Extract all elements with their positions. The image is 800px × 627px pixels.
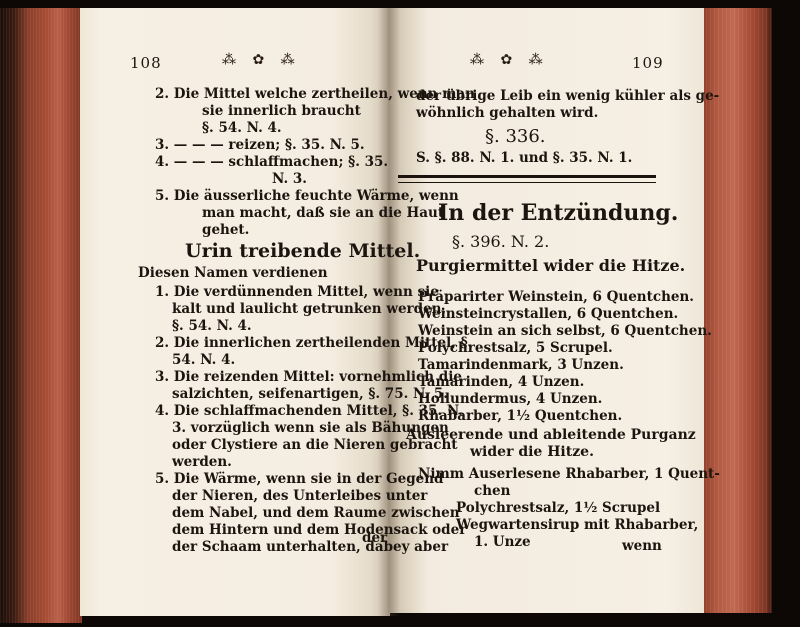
text-line: der übrige Leib ein wenig kühler als ge- <box>416 88 719 105</box>
text-line: dem Nabel, und dem Raume zwischen <box>172 505 460 522</box>
page-number-right: 109 <box>632 54 664 72</box>
subheading-2: wider die Hitze. <box>470 444 594 461</box>
page-number-left: 108 <box>130 54 162 72</box>
text-line: sie innerlich braucht <box>202 103 361 120</box>
divider-rule <box>398 175 656 183</box>
remedy-line: Weinsteincrystallen, 6 Quentchen. <box>418 306 678 323</box>
page-block-left-edge <box>0 8 82 623</box>
remedy-line: Präparirter Weinstein, 6 Quentchen. <box>418 289 694 306</box>
section-heading: Urin treibende Mittel. <box>185 240 420 262</box>
recipe-line: 1. Unze <box>474 534 531 551</box>
text-line: 4. — — — schlaffmachen; §. 35. <box>155 154 388 171</box>
intro-line: Diesen Namen verdienen <box>138 265 328 282</box>
text-line: 54. N. 4. <box>172 352 235 369</box>
text-line: N. 3. <box>272 171 307 188</box>
text-line: werden. <box>172 454 232 471</box>
text-line: der Schaam unterhalten, dabey aber <box>172 539 448 556</box>
remedy-line: Weinstein an sich selbst, 6 Quentchen. <box>418 323 712 340</box>
text-line: salzichten, seifenartigen, §. 75. N. 5. <box>172 386 448 403</box>
remedy-line: Polychrestsalz, 5 Scrupel. <box>418 340 613 357</box>
remedy-line: Tamarindenmark, 3 Unzen. <box>418 357 624 374</box>
text-line: 1. Die verdünnenden Mittel, wenn sie <box>155 284 439 301</box>
recipe-line: chen <box>474 483 510 500</box>
text-line: kalt und laulicht getrunken werden, <box>172 301 446 318</box>
text-line: 3. Die reizenden Mittel: vornehmlich die <box>155 369 462 386</box>
text-line: wöhnlich gehalten wird. <box>416 105 598 122</box>
section-reference: S. §. 88. N. 1. und §. 35. N. 1. <box>416 150 632 167</box>
chapter-heading: In der Entzündung. <box>438 200 678 226</box>
open-book: 108 ⁂ ✿ ⁂ 2. Die Mittel welche zertheile… <box>0 0 800 627</box>
remedy-line: Hollundermus, 4 Unzen. <box>418 391 602 408</box>
text-line: dem Hintern und dem Hodensack oder <box>172 522 466 539</box>
section-number: §. 336. <box>485 126 546 147</box>
text-line: gehet. <box>202 222 249 239</box>
recipe-line: Wegwartensirup mit Rhabarber, <box>456 517 698 534</box>
remedy-line: Tamarinden, 4 Unzen. <box>418 374 584 391</box>
subheading: Purgiermittel wider die Hitze. <box>416 256 685 275</box>
subheading-2: Ausleerende und ableitende Purganz <box>406 427 696 444</box>
subsection-number: §. 396. N. 2. <box>452 232 549 251</box>
text-line: 4. Die schlaffmachenden Mittel, §. 35. N… <box>155 403 463 420</box>
text-line: 5. Die Wärme, wenn sie in der Gegend <box>155 471 443 488</box>
catchword-left: der <box>362 530 387 547</box>
text-line: §. 54. N. 4. <box>202 120 282 137</box>
ornament-icon: ⁂ ✿ ⁂ <box>222 52 301 68</box>
recipe-line: Polychrestsalz, 1½ Scrupel <box>456 500 660 517</box>
text-line: 3. — — — reizen; §. 35. N. 5. <box>155 137 365 154</box>
remedy-line: Rhabarber, 1½ Quentchen. <box>418 408 622 425</box>
text-line: der Nieren, des Unterleibes unter <box>172 488 427 505</box>
catchword-right: wenn <box>622 538 662 555</box>
text-line: 5. Die äusserliche feuchte Wärme, wenn <box>155 188 459 205</box>
text-line: §. 54. N. 4. <box>172 318 252 335</box>
recipe-line: Nimm Auserlesene Rhabarber, 1 Quent- <box>418 466 720 483</box>
ornament-icon: ⁂ ✿ ⁂ <box>470 52 549 68</box>
text-line: man macht, daß sie an die Haut <box>202 205 444 222</box>
